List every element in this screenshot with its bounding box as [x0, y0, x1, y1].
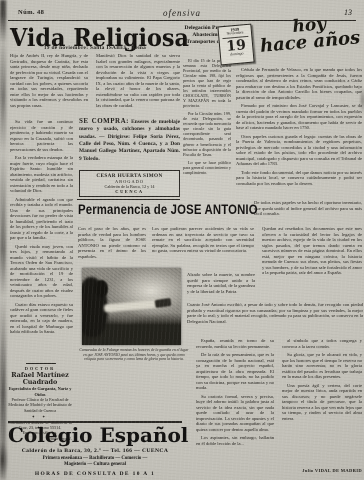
hoy-paragraph: Cédula de Fernando de Velasco, en la que…: [236, 67, 362, 100]
calendar-icon: 1939 Noviembre 19 domingo: [217, 24, 254, 66]
delegacion-body: El día 15 de la presente semana esta Del…: [183, 58, 231, 198]
vida-paragraph: Cuatro días estuvo expuesto su cadáver a…: [10, 302, 73, 335]
permanencia-bottom-col-2: al símbolo que a todos congrega y convoc…: [282, 338, 362, 468]
colegio-title: Colegio Español: [8, 425, 182, 445]
permanencia-title: Permanencia de JOSE ANTONIO: [78, 202, 258, 217]
permanencia-paragraph: Los aspirantes, sin embargo, hallarán en…: [196, 435, 274, 446]
doctor-name: Rafael Martínez Cuadrado: [8, 372, 72, 385]
photo-figure-head: [95, 280, 108, 297]
vida-column-2: Manifestó Dios la santidad de su sierva …: [96, 53, 180, 116]
photo-caption: Camaradas de la Falange montan los honor…: [78, 348, 190, 362]
permanencia-paragraph: De la raíz de su pensamiento, que es la …: [196, 352, 274, 391]
doctor-detail-line: Profesor Clínico de la Facultad de Medic…: [8, 397, 72, 413]
hoy-paragraph: Otros papeles curiosos guarda el legajo:…: [236, 134, 362, 167]
permanencia-col-b: Los que pudieran parecer accidentes de s…: [152, 226, 254, 267]
vida-paragraph: Era la verdadera estampa de la mujer fue…: [10, 155, 73, 194]
vida-paragraph: Admirable el agrado con que recibía y tr…: [10, 197, 73, 241]
divider-rule: [77, 199, 180, 200]
newspaper-page: Núm. 48 ofensiva 13 Vida Religiosa 19 de…: [0, 0, 364, 480]
se-compra-lead: SE COMPRA:: [79, 117, 129, 125]
abogado-city: CUENCA: [80, 189, 179, 194]
hoy-body-block: Cédula de Fernando de Velasco, en la que…: [236, 67, 362, 199]
article-signature: Julio VIDAL DE MADRID: [282, 468, 362, 473]
permanencia-paragraph: al símbolo que a todos congrega y convoc…: [282, 338, 362, 349]
jose-antonio-guard-photo: [82, 268, 181, 345]
permanencia-col-a: Con el paso de los años, que es prueba d…: [78, 226, 146, 267]
vida-paragraph: Quedó viuda muy joven, con tres hijos, y…: [10, 244, 73, 299]
vida-paragraph: Su vida fue un continuo ejercicio de ora…: [10, 119, 73, 152]
permanencia-paragraph: Su gloria, que ya le alcanzó en vida, y …: [282, 352, 362, 380]
colegio-programs-line: Magisterio — Cultura general: [8, 462, 182, 468]
colegio-espanol-ad: Colegio Español Calderón de la Barca, 30…: [8, 425, 182, 479]
hoy-hace-anos-title: hoy hace años: [258, 12, 364, 55]
hoy-body-beside-headline: De todos estos papeles se ha hecho el op…: [254, 200, 362, 223]
permanencia-side-column: Alzado sobre la muerte, su nombre quedó …: [187, 272, 255, 299]
permanencia-bottom-col-1: España, reunida en torno de su recuerdo,…: [196, 338, 274, 476]
permanencia-paragraph: Una poesía ágil y certera, del corte mej…: [282, 383, 362, 422]
se-compra-ad: SE COMPRA: Enseres de mueblaje nuevo y u…: [79, 117, 180, 167]
colegio-address: Calderón de la Barca, 30, 2.º — Tel. 166…: [8, 448, 182, 454]
ornament-icon: ✦ ✦: [8, 414, 72, 419]
vida-column-1: Hija de Andrés II, rey de Hungría, y de …: [10, 53, 88, 116]
delegacion-paragraph: Por la Circular núm. 199, de esta Delega…: [183, 111, 231, 156]
colegio-hours: HORAS DE CONSULTA DE 10 A 1: [8, 471, 182, 477]
scan-edge-artifact-left: [0, 0, 6, 480]
hoy-continuation-column: Quedan así reseñados los documentos que …: [262, 226, 362, 300]
delegacion-paragraph: Lo que se hace público para general cono…: [183, 160, 231, 175]
se-compra-body: Enseres de mueblaje nuevo y usado, colch…: [79, 119, 180, 162]
hoy-paragraph: Todo este fondo documental, del que damo…: [236, 170, 362, 187]
permanencia-paragraph: España, reunida en torno de su recuerdo,…: [196, 338, 274, 349]
permanencia-merged-paragraph: Cuanto José Antonio escribió, a pesar de…: [187, 302, 363, 334]
permanencia-paragraph: Su oratoria formal, severa y precisa, hu…: [196, 394, 274, 433]
vida-continuation-column: Su vida fue un continuo ejercicio de ora…: [10, 119, 73, 361]
vida-religiosa-subtitle: 19 de noviembre: Santa ISABEL, Reina: [10, 45, 180, 51]
doctor-specialty: Especialista de Garganta, Nariz y Oídos: [8, 386, 72, 397]
delegacion-paragraph: El día 15 de la presente semana esta Del…: [183, 58, 231, 108]
hoy-title-line-2: hace años: [259, 28, 364, 55]
abogado-box-ad: CESAR HUERTA SIMON ABOGADO Calderón de l…: [79, 170, 180, 197]
hoy-paragraph: Firmado por el ministro don José Carvaja…: [236, 103, 362, 131]
divider-rule-small: [26, 363, 56, 364]
